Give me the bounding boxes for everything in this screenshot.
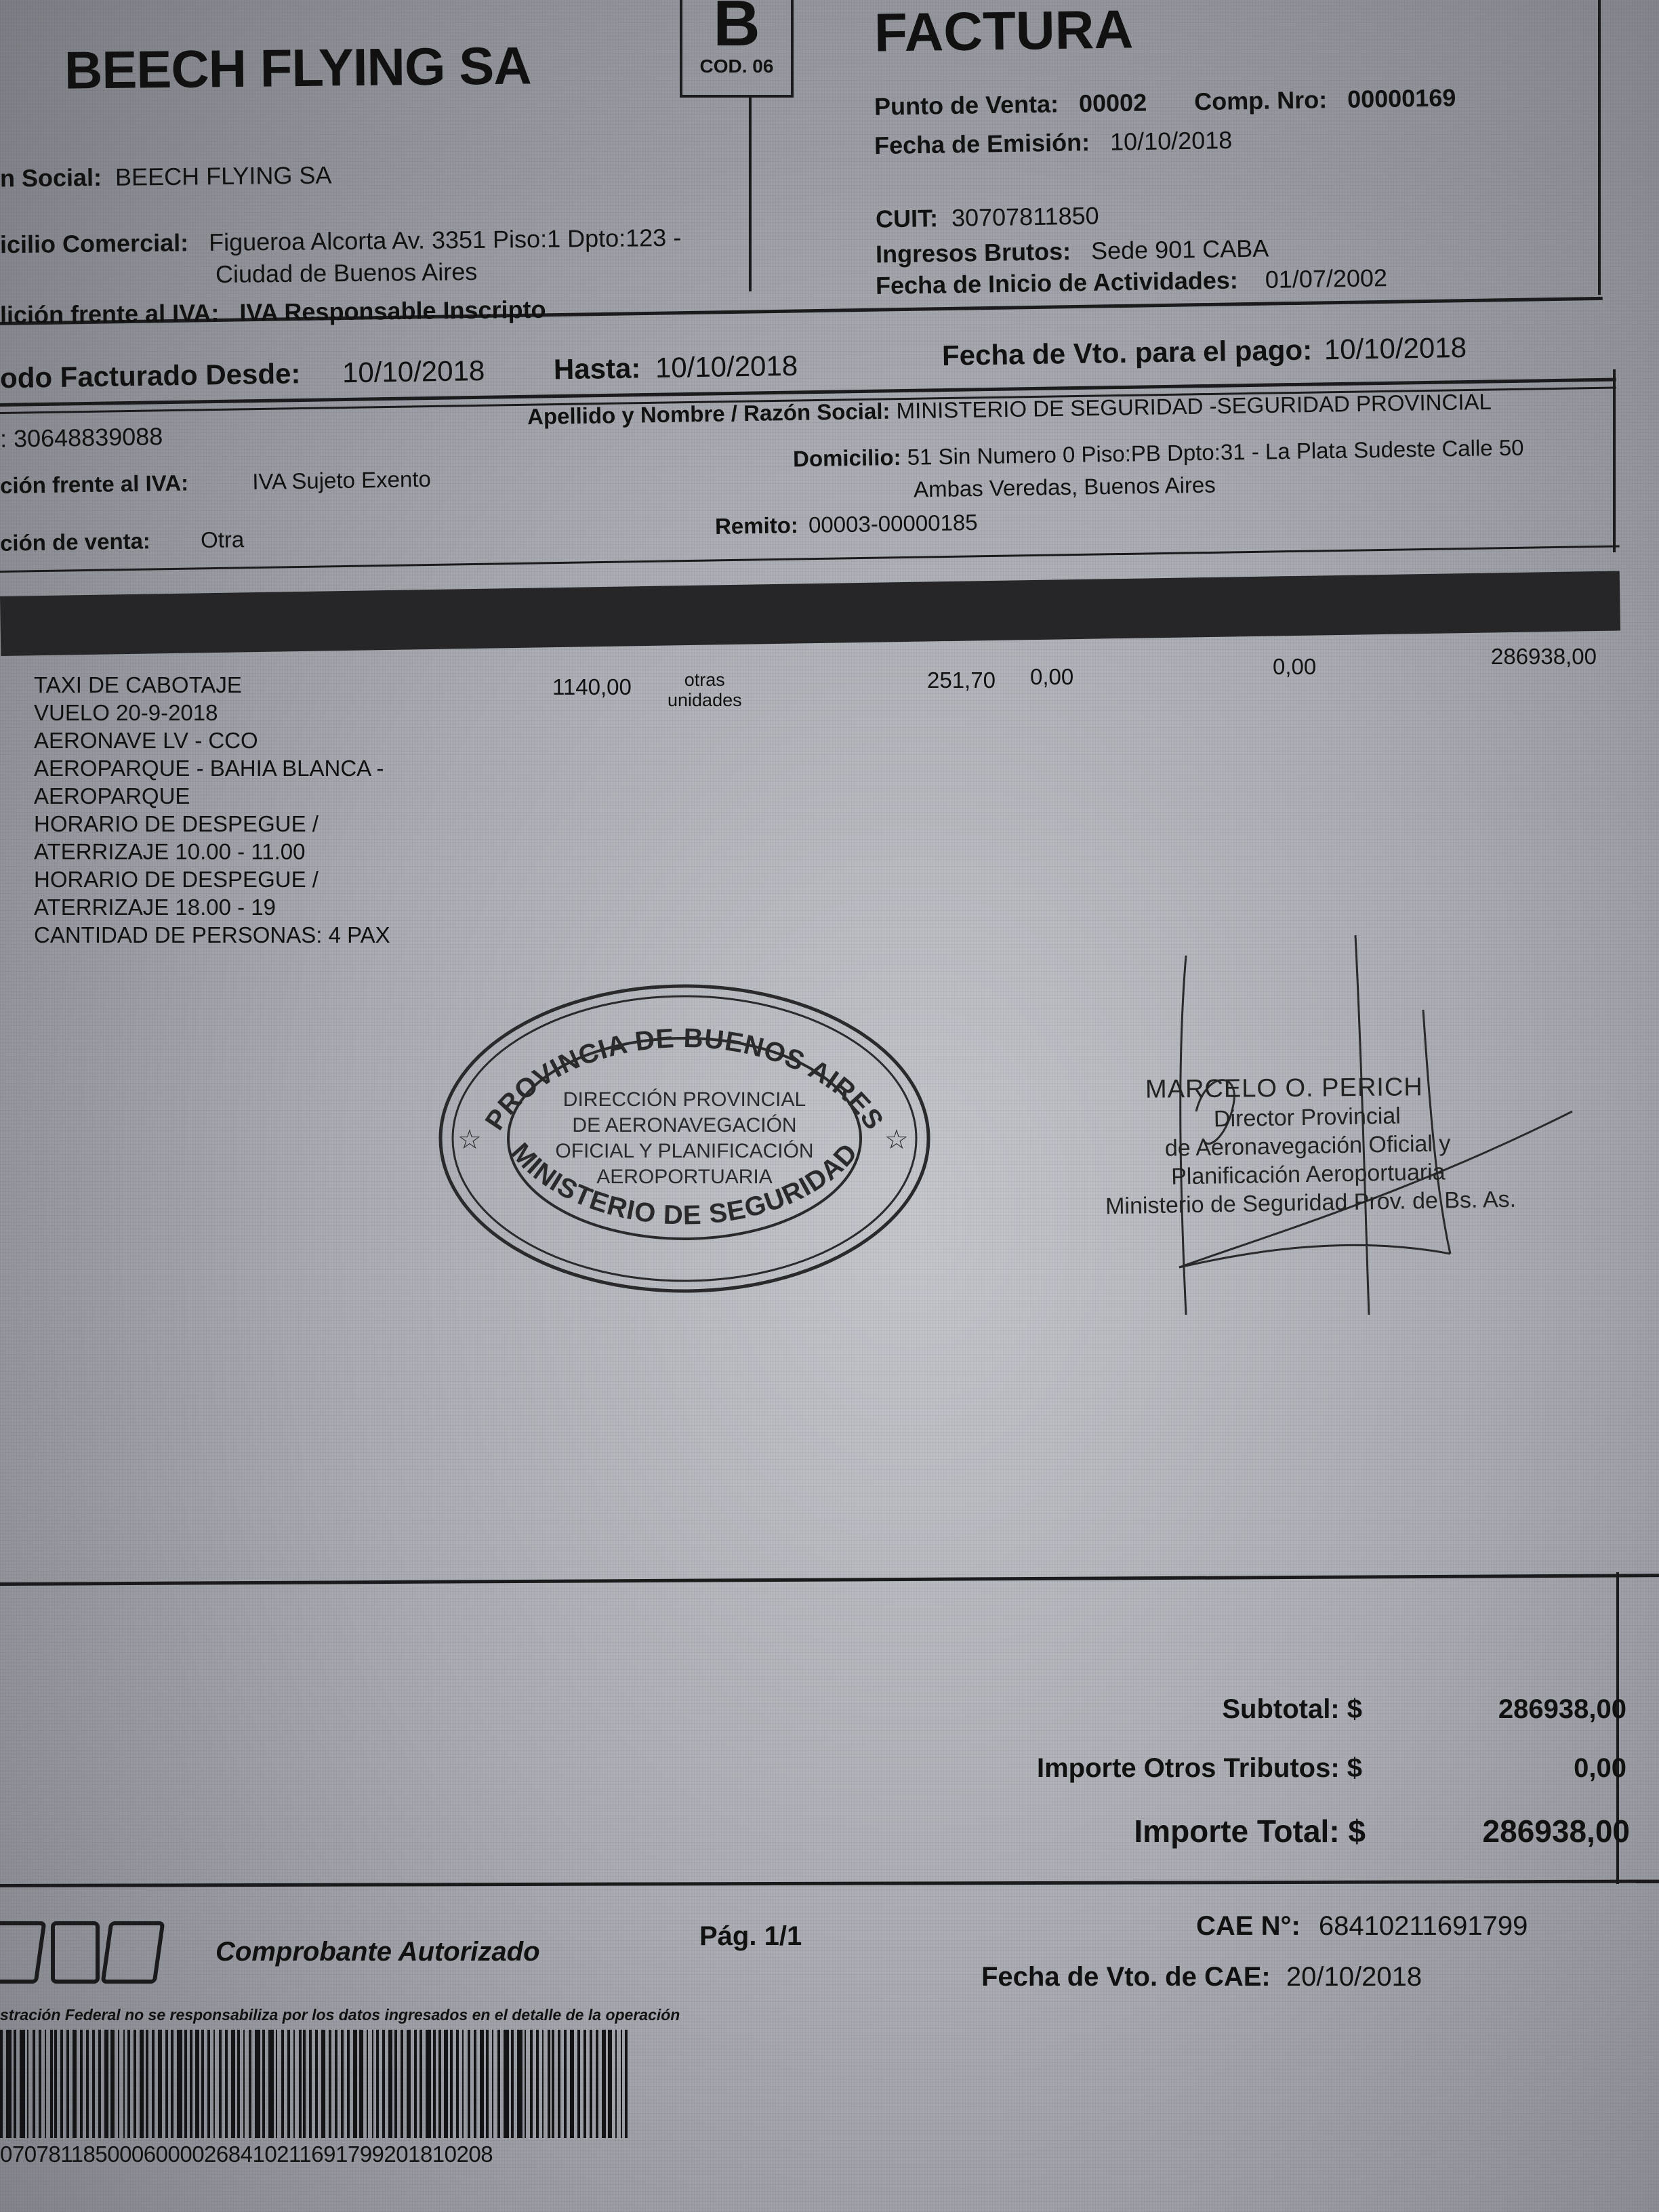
invoice-letter-box: B COD. 06	[680, 0, 794, 98]
item-imp-bonif: 0,00	[1273, 654, 1316, 680]
cae-label: CAE N°:	[1196, 1911, 1300, 1941]
domicilio-line2: Ciudad de Buenos Aires	[216, 258, 478, 289]
punto-venta-row: Punto de Venta: 00002 Comp. Nro: 0000016…	[874, 83, 1456, 121]
cae-vto-row: Fecha de Vto. de CAE: 20/10/2018	[981, 1962, 1422, 1992]
items-header-bar	[0, 571, 1620, 656]
remito-row: Remito: 00003-00000185	[715, 510, 978, 539]
totals-bottom-line	[0, 1880, 1659, 1887]
subtotal-label: Subtotal: $	[1084, 1694, 1362, 1725]
item-description: TAXI DE CABOTAJE VUELO 20-9-2018 AERONAV…	[34, 671, 390, 949]
comprobante-autorizado: Comprobante Autorizado	[216, 1937, 540, 1967]
client-domicilio-line1: 51 Sin Numero 0 Piso:PB Dpto:31 - La Pla…	[907, 435, 1523, 470]
periodo-desde-label: odo Facturado Desde:	[0, 357, 301, 394]
cuit-label: CUIT:	[876, 204, 939, 232]
invoice-letter: B	[682, 0, 791, 54]
barcode-number: 0707811850006000026841021169179920181020…	[0, 2142, 493, 2167]
client-iva-row: ción frente al IVA: IVA Sujeto Exento	[0, 466, 431, 499]
periodo-desde: 10/10/2018	[342, 354, 485, 388]
fecha-emision-row: Fecha de Emisión: 10/10/2018	[874, 126, 1233, 160]
client-name: MINISTERIO DE SEGURIDAD -SEGURIDAD PROVI…	[896, 389, 1492, 424]
razon-social-row: n Social: BEECH FLYING SA	[0, 161, 332, 192]
star-icon: ☆	[884, 1125, 909, 1155]
item-cantidad: 1140,00	[552, 674, 632, 700]
header-divider	[749, 95, 752, 291]
iva-condition: IVA Responsable Inscripto	[239, 295, 546, 327]
condicion-venta: Otra	[201, 527, 245, 552]
iibb: Sede 901 CABA	[1091, 234, 1269, 264]
razon-social-label: n Social:	[0, 163, 102, 192]
punto-venta: 00002	[1079, 88, 1147, 117]
fecha-emision-label: Fecha de Emisión:	[874, 128, 1090, 159]
item-subtotal: 286938,00	[1491, 644, 1597, 670]
vto-pago-label: Fecha de Vto. para el pago:	[942, 334, 1313, 372]
client-iva-label: ción frente al IVA:	[0, 470, 188, 498]
right-border	[1598, 0, 1601, 295]
client-name-label: Apellido y Nombre / Razón Social:	[527, 398, 890, 429]
stamp-inner-line: DIRECCIÓN PROVINCIAL	[563, 1088, 806, 1111]
client-condicion-row: ción de venta: Otra	[0, 527, 245, 556]
cuit-row: CUIT: 30707811850	[876, 201, 1099, 233]
iibb-label: Ingresos Brutos:	[876, 237, 1071, 268]
client-iva: IVA Sujeto Exento	[252, 466, 431, 494]
vto-pago-row: Fecha de Vto. para el pago: 10/10/2018	[942, 331, 1467, 372]
afip-disclaimer: stración Federal no se responsabiliza po…	[0, 2006, 680, 2024]
period-row: odo Facturado Desde: 10/10/2018 Hasta: 1…	[0, 350, 798, 394]
periodo-hasta: 10/10/2018	[655, 350, 798, 384]
star-icon: ☆	[457, 1125, 482, 1155]
company-name: BEECH FLYING SA	[64, 35, 531, 101]
cae-vto: 20/10/2018	[1286, 1962, 1422, 1992]
razon-social: BEECH FLYING SA	[115, 161, 332, 190]
item-unidad: otras unidades	[668, 670, 742, 710]
invoice-code: COD. 06	[682, 56, 791, 77]
document-type: FACTURA	[874, 0, 1133, 64]
remito: 00003-00000185	[808, 510, 978, 537]
condicion-venta-label: ción de venta:	[0, 528, 150, 555]
iibb-row: Ingresos Brutos: Sede 901 CABA	[876, 234, 1269, 268]
importe-total-value: 286938,00	[1423, 1813, 1630, 1849]
iva-row: lición frente al IVA: IVA Responsable In…	[0, 295, 546, 329]
domicilio-line1: Figueroa Alcorta Av. 3351 Piso:1 Dpto:12…	[209, 224, 682, 256]
importe-total-label: Importe Total: $	[1017, 1813, 1366, 1849]
cae-vto-label: Fecha de Vto. de CAE:	[981, 1962, 1271, 1992]
item-bonif-pct: 0,00	[1030, 664, 1073, 690]
stamp-inner-line: DE AERONAVEGACIÓN	[572, 1114, 796, 1136]
client-right-border	[1613, 369, 1616, 552]
remito-label: Remito:	[715, 512, 798, 539]
periodo-hasta-label: Hasta:	[554, 352, 641, 385]
client-cuit: : 30648839088	[0, 422, 163, 453]
page-number: Pág. 1/1	[699, 1921, 802, 1952]
cae-row: CAE N°: 68410211691799	[1196, 1911, 1528, 1942]
otros-tributos-label: Importe Otros Tributos: $	[949, 1753, 1362, 1784]
item-precio-unitario: 251,70	[927, 668, 996, 693]
official-stamp: PROVINCIA DE BUENOS AIRES MINISTERIO DE …	[434, 976, 935, 1294]
client-domicilio-row: Domicilio: 51 Sin Numero 0 Piso:PB Dpto:…	[793, 435, 1524, 472]
signer-name: MARCELO O. PERICH	[1145, 1073, 1423, 1105]
domicilio-label: icilio Comercial:	[0, 228, 188, 258]
afip-logo	[0, 1921, 173, 1979]
signer-title: Director Provincial de Aeronavegación Of…	[1104, 1100, 1513, 1221]
cuit: 30707811850	[951, 201, 1099, 231]
otros-tributos-value: 0,00	[1423, 1753, 1626, 1784]
client-domicilio-line2: Ambas Veredas, Buenos Aires	[914, 472, 1216, 503]
cae-number: 68410211691799	[1319, 1911, 1528, 1941]
comp-nro-label: Comp. Nro:	[1194, 85, 1328, 115]
comp-nro: 00000169	[1347, 83, 1456, 113]
inicio: 01/07/2002	[1265, 264, 1387, 293]
totals-top-line	[0, 1574, 1659, 1586]
invoice-page: BEECH FLYING SA B COD. 06 FACTURA Punto …	[0, 0, 1659, 2212]
vto-pago: 10/10/2018	[1324, 331, 1467, 365]
subtotal-value: 286938,00	[1423, 1694, 1626, 1725]
punto-venta-label: Punto de Venta:	[874, 89, 1059, 120]
domicilio-row: icilio Comercial: Figueroa Alcorta Av. 3…	[0, 224, 681, 260]
fecha-emision: 10/10/2018	[1110, 126, 1233, 156]
stamp-inner-line: OFICIAL Y PLANIFICACIÓN	[555, 1140, 813, 1162]
barcode	[0, 2030, 637, 2145]
client-domicilio-label: Domicilio:	[793, 445, 901, 472]
inicio-label: Fecha de Inicio de Actividades:	[876, 266, 1238, 300]
inicio-row: Fecha de Inicio de Actividades: 01/07/20…	[876, 264, 1388, 300]
stamp-inner-line: AEROPORTUARIA	[596, 1166, 773, 1188]
iva-label: lición frente al IVA:	[0, 299, 220, 329]
